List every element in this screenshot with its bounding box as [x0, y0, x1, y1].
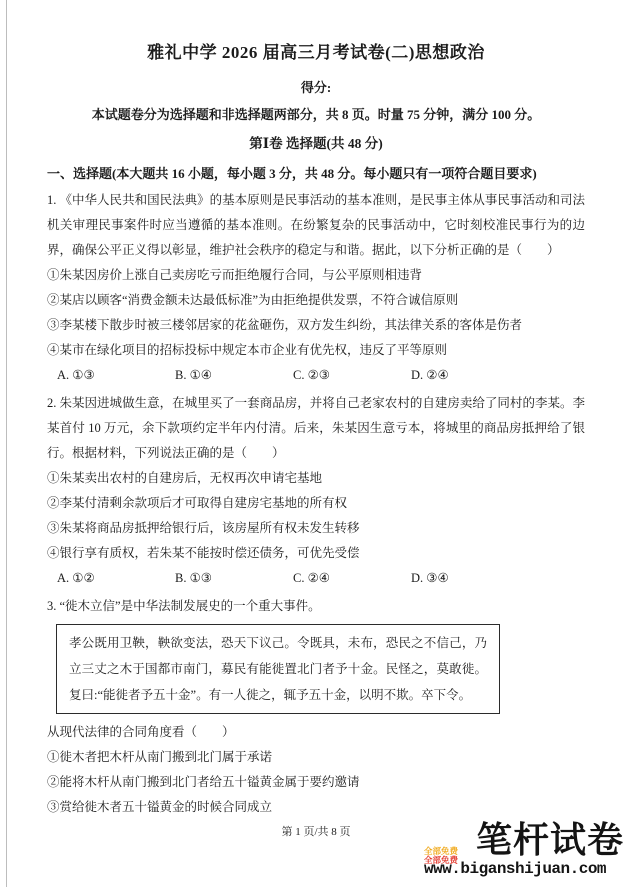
score-label: 得分: [47, 79, 585, 97]
question-2-option-d: D. ③④ [411, 566, 449, 591]
question-3-followup: 从现代法律的合同角度看（ ） [47, 720, 585, 745]
question-1-option-c: C. ②③ [293, 363, 411, 388]
question-1-stem: 1. 《中华人民共和国民法典》的基本原则是民事活动的基本准则，是民事主体从事民事… [47, 188, 585, 263]
exam-title: 雅礼中学 2026 届高三月考试卷(二)思想政治 [47, 42, 585, 64]
question-1-options: A. ①③ B. ①④ C. ②③ D. ②④ [47, 363, 585, 388]
question-2-item-4: ④银行享有质权，若朱某不能按时偿还债务，可优先受偿 [47, 541, 585, 566]
question-2-stem: 2. 朱某因进城做生意，在城里买了一套商品房，并将自己老家农村的自建房卖给了同村… [47, 391, 585, 466]
watermark-free-label: 全部免费 全部免费 [424, 847, 458, 865]
question-3-quote-box: 孝公既用卫鞅，鞅欲变法，恐天下议己。令既具，未布，恐民之不信己，乃立三丈之木于国… [56, 624, 500, 714]
volume-title: 第Ⅰ卷 选择题(共 48 分) [47, 134, 585, 153]
question-2-options: A. ①② B. ①③ C. ②④ D. ③④ [47, 566, 585, 591]
question-2-item-1: ①朱某卖出农村的自建房后，无权再次申请宅基地 [47, 466, 585, 491]
question-1-option-a: A. ①③ [57, 363, 175, 388]
question-3: 3. “徙木立信”是中华法制发展史的一个重大事件。 孝公既用卫鞅，鞅欲变法，恐天… [47, 594, 585, 820]
scanned-page-edge [6, 0, 7, 887]
question-2: 2. 朱某因进城做生意，在城里买了一套商品房，并将自己老家农村的自建房卖给了同村… [47, 391, 585, 591]
section-heading: 一、选择题(本大题共 16 小题，每小题 3 分，共 48 分。每小题只有一项符… [47, 163, 585, 185]
question-1: 1. 《中华人民共和国民法典》的基本原则是民事活动的基本准则，是民事主体从事民事… [47, 188, 585, 388]
question-3-stem: 3. “徙木立信”是中华法制发展史的一个重大事件。 [47, 594, 585, 619]
question-2-option-a: A. ①② [57, 566, 175, 591]
question-2-option-b: B. ①③ [175, 566, 293, 591]
question-1-item-4: ④某市在绿化项目的招标投标中规定本市企业有优先权，违反了平等原则 [47, 338, 585, 363]
exam-instructions: 本试题卷分为选择题和非选择题两部分，共 8 页。时量 75 分钟，满分 100 … [47, 106, 585, 124]
question-1-option-d: D. ②④ [411, 363, 449, 388]
watermark: 全部免费 全部免费 笔杆试卷 www.biganshijuan.com [424, 821, 624, 879]
question-1-item-1: ①朱某因房价上涨自己卖房吃亏而拒绝履行合同，与公平原则相违背 [47, 263, 585, 288]
question-2-item-3: ③朱某将商品房抵押给银行后，该房屋所有权未发生转移 [47, 516, 585, 541]
question-2-option-c: C. ②④ [293, 566, 411, 591]
question-1-option-b: B. ①④ [175, 363, 293, 388]
question-1-item-3: ③李某楼下散步时被三楼邻居家的花盆砸伤，双方发生纠纷，其法律关系的客体是伤者 [47, 313, 585, 338]
question-2-item-2: ②李某付清剩余款项后才可取得自建房宅基地的所有权 [47, 491, 585, 516]
question-1-item-2: ②某店以顾客“消费金额未达最低标准”为由拒绝提供发票，不符合诚信原则 [47, 288, 585, 313]
question-3-item-1: ①徙木者把木杆从南门搬到北门属于承诺 [47, 745, 585, 770]
question-3-item-2: ②能将木杆从南门搬到北门者给五十镒黄金属于要约邀请 [47, 770, 585, 795]
question-3-item-3: ③赏给徙木者五十镒黄金的时候合同成立 [47, 795, 585, 820]
watermark-free-label-bottom: 全部免费 [424, 856, 458, 865]
exam-page: 雅礼中学 2026 届高三月考试卷(二)思想政治 得分: 本试题卷分为选择题和非… [0, 0, 630, 841]
